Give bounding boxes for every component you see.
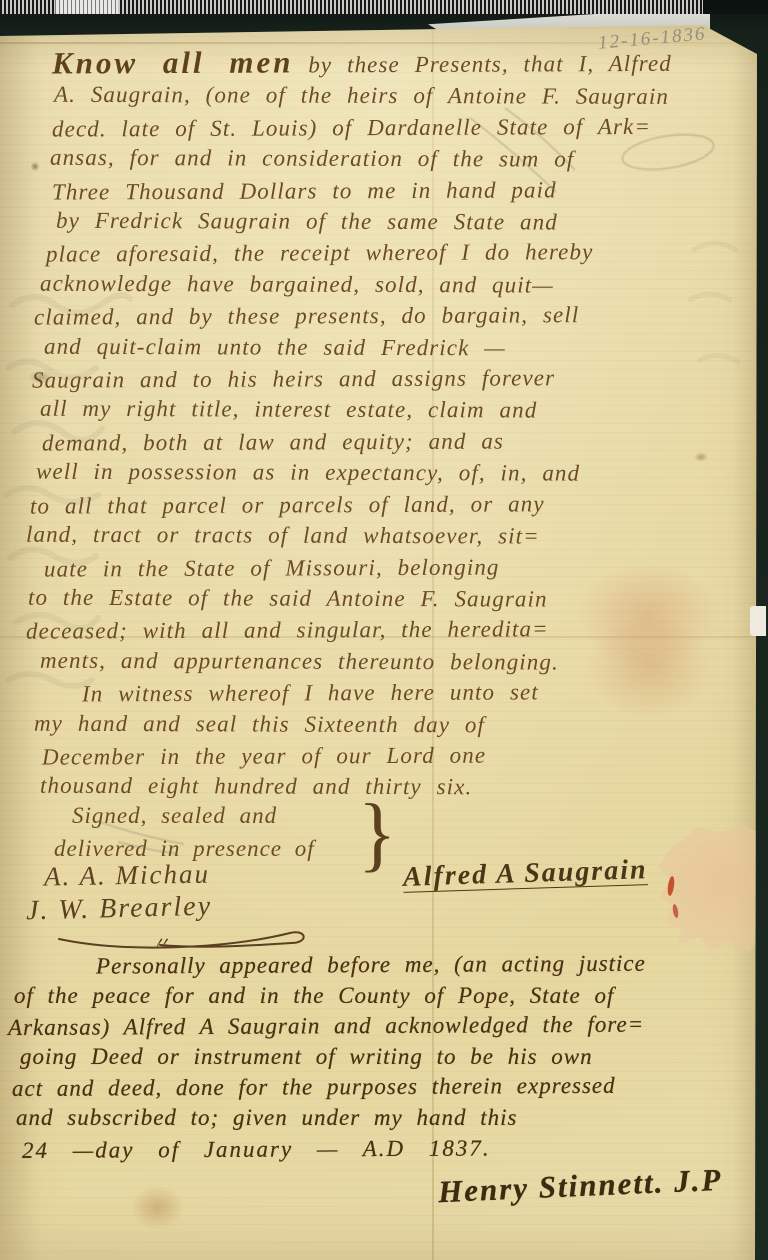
certification-line: Arkansas) Alfred A Saugrain and acknowle… [8, 1009, 752, 1043]
ruler-light-segment [55, 0, 118, 14]
attestation-brace: } [358, 792, 396, 876]
signature-flourish [55, 925, 315, 951]
opening-rest: by these Presents, that I, Alfred [308, 51, 672, 78]
grantor-signature: Alfred A Saugrain [403, 854, 648, 894]
ruler-dark-end [703, 0, 768, 14]
deed-opening-line: Know all men by these Presents, that I, … [52, 44, 752, 81]
deed-line: uate in the State of Missouri, belonging [44, 550, 752, 584]
certification-line: going Deed or instrument of writing to b… [20, 1042, 752, 1073]
deed-line: decd. late of St. Louis) of Dardanelle S… [52, 110, 752, 144]
photo-stage: 12-16-1836 Know all men by these Present… [0, 0, 768, 1260]
attestation-line-1: Signed, sealed and [72, 803, 277, 829]
deed-line: acknowledge have bargained, sold, and qu… [40, 268, 752, 302]
deed-line: ansas, for and in consideration of the s… [50, 142, 752, 176]
certification-line: of the peace for and in the County of Po… [14, 981, 752, 1012]
certification-line: and subscribed to; given under my hand t… [16, 1103, 752, 1134]
witness-signature: A. A. Michau [44, 859, 211, 893]
certification-body: Personally appeared before me, (an actin… [22, 950, 752, 1164]
deed-line: place aforesaid, the receipt whereof I d… [46, 236, 752, 270]
measurement-ruler [0, 0, 768, 14]
deed-line: my hand and seal this Sixteenth day of [34, 707, 752, 741]
deed-line: deceased; with all and singular, the her… [26, 613, 752, 648]
deed-line: well in possession as in expectancy, of,… [36, 456, 752, 490]
deed-line: ments, and appurtenances thereunto belon… [40, 644, 752, 678]
deed-line: by Fredrick Saugrain of the same State a… [56, 205, 752, 239]
deed-line: claimed, and by these presents, do barga… [34, 299, 752, 334]
deed-line: all my right title, interest estate, cla… [40, 393, 752, 427]
opening-phrase: Know all men [52, 44, 294, 80]
deed-line: In witness whereof I have here unto set [36, 676, 752, 711]
document-paper: 12-16-1836 Know all men by these Present… [0, 0, 768, 1260]
deed-line: Three Thousand Dollars to me in hand pai… [52, 173, 752, 207]
deed-line: A. Saugrain, (one of the heirs of Antoin… [54, 79, 752, 113]
certification-line: 24 —day of January — A.D 1837. [22, 1132, 752, 1166]
deed-line: to the Estate of the said Antoine F. Sau… [28, 582, 752, 616]
deed-body: Know all men by these Presents, that I, … [52, 46, 752, 803]
justice-signature: Henry Stinnett. J.P [437, 1162, 723, 1210]
deed-line: Saugrain and to his heirs and assigns fo… [32, 361, 752, 396]
witness-signature: J. W. Brearley [26, 891, 213, 928]
deed-line: December in the year of our Lord one [42, 738, 752, 773]
edge-tab [750, 606, 766, 636]
deed-line: and quit-claim unto the said Fredrick — [44, 330, 752, 364]
certification-line: act and deed, done for the purposes ther… [12, 1070, 752, 1104]
certification-line: Personally appeared before me, (an actin… [22, 948, 752, 982]
deed-line: demand, both at law and equity; and as [42, 424, 752, 459]
stain [130, 1185, 185, 1230]
ink-speck [30, 162, 40, 171]
deed-line: to all that parcel or parcels of land, o… [30, 487, 752, 522]
deed-line: land, tract or tracts of land whatsoever… [26, 519, 752, 553]
